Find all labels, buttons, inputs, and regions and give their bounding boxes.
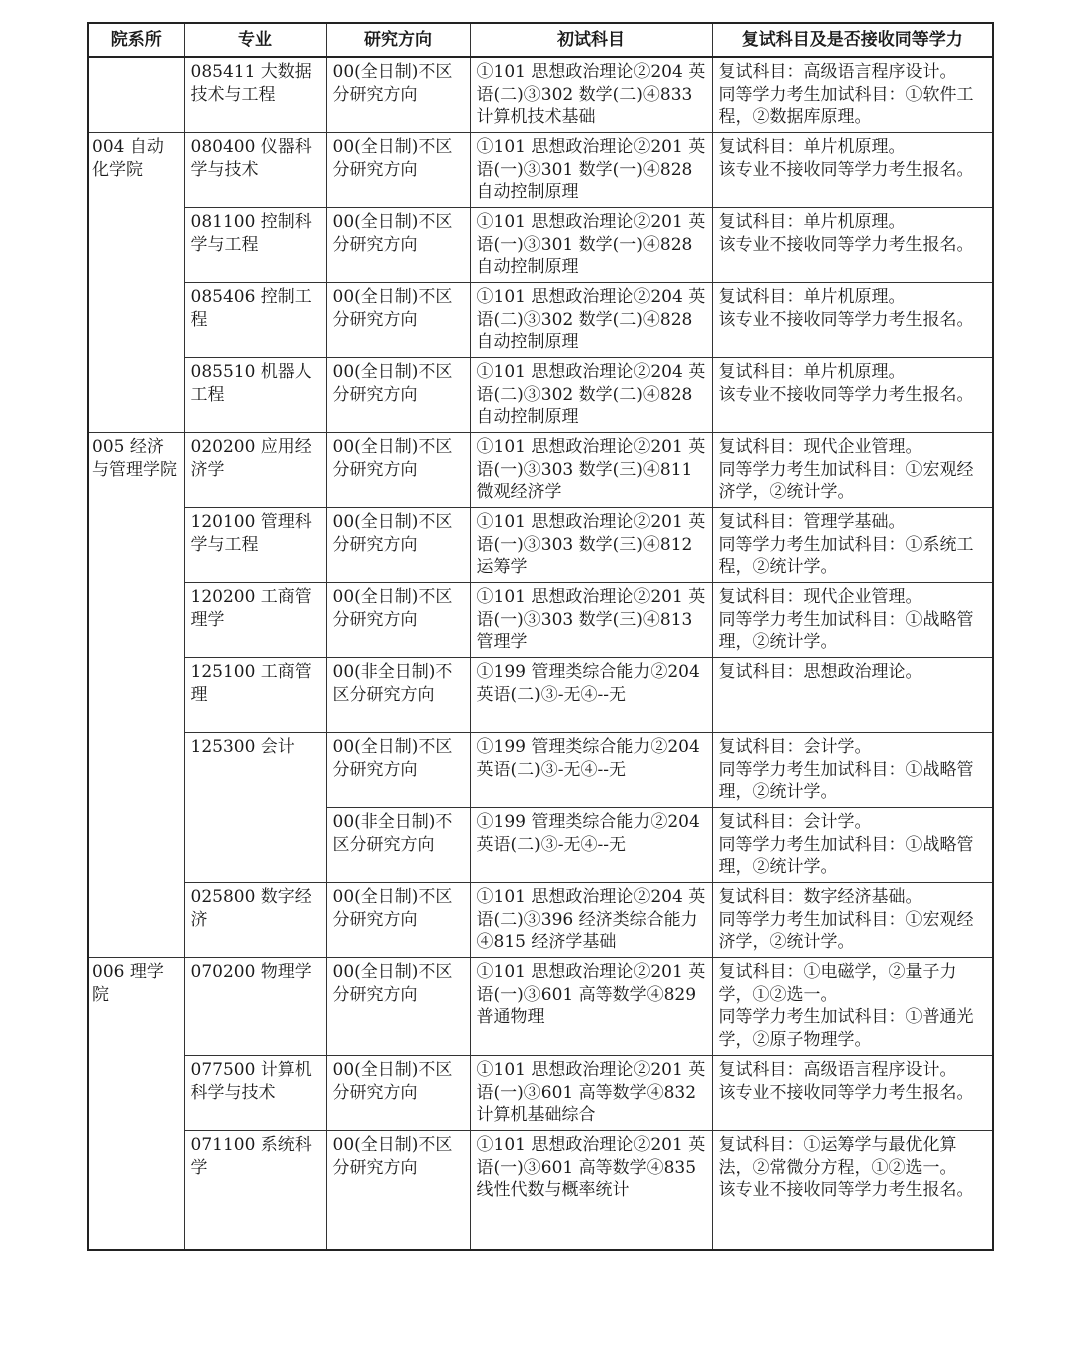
- department-cell: 004 自动化学院: [88, 133, 184, 433]
- retest-cell: 复试科目：会计学。 同等学力考生加试科目：①战略管理，②统计学。: [712, 733, 993, 808]
- retest-line: 同等学力考生加试科目：①系统工程，②统计学。: [719, 534, 989, 579]
- major-cell: 025800 数字经济: [184, 883, 326, 958]
- major-cell: 125300 会计: [184, 733, 326, 883]
- major-cell: 077500 计算机科学与技术: [184, 1056, 326, 1131]
- retest-line: 该专业不接收同等学力考生报名。: [719, 384, 989, 407]
- retest-cell: 复试科目：现代企业管理。 同等学力考生加试科目：①宏观经济学，②统计学。: [712, 433, 993, 508]
- direction-cell: 00(全日制)不区分研究方向: [326, 733, 470, 808]
- major-cell: 085406 控制工程: [184, 283, 326, 358]
- retest-line: 该专业不接收同等学力考生报名。: [719, 234, 989, 257]
- department-cell: 005 经济与管理学院: [88, 433, 184, 958]
- header-retest-equivalent: 复试科目及是否接收同等学力: [712, 23, 993, 57]
- header-research-direction: 研究方向: [326, 23, 470, 57]
- direction-cell: 00(全日制)不区分研究方向: [326, 1056, 470, 1131]
- direction-cell: 00(全日制)不区分研究方向: [326, 508, 470, 583]
- retest-line: 该专业不接收同等学力考生报名。: [719, 309, 989, 332]
- retest-line: 该专业不接收同等学力考生报名。: [719, 159, 989, 182]
- table-row: 085406 控制工程 00(全日制)不区分研究方向 ①101 思想政治理论②2…: [88, 283, 993, 358]
- direction-cell: 00(全日制)不区分研究方向: [326, 958, 470, 1056]
- table-row: 006 理学院 070200 物理学 00(全日制)不区分研究方向 ①101 思…: [88, 958, 993, 1056]
- table-row: 077500 计算机科学与技术 00(全日制)不区分研究方向 ①101 思想政治…: [88, 1056, 993, 1131]
- retest-line: 该专业不接收同等学力考生报名。: [719, 1179, 989, 1202]
- direction-cell: 00(全日制)不区分研究方向: [326, 433, 470, 508]
- retest-cell: 复试科目：数字经济基础。 同等学力考生加试科目：①宏观经济学，②统计学。: [712, 883, 993, 958]
- table-row: 125300 会计 00(全日制)不区分研究方向 ①199 管理类综合能力②20…: [88, 733, 993, 808]
- exam-cell: ①199 管理类综合能力②204 英语(二)③-无④--无: [470, 658, 712, 733]
- major-cell: 120200 工商管理学: [184, 583, 326, 658]
- header-major: 专业: [184, 23, 326, 57]
- major-cell: 071100 系统科学: [184, 1131, 326, 1251]
- retest-cell: 复试科目：①电磁学，②量子力学，①②选一。 同等学力考生加试科目：①普通光学，②…: [712, 958, 993, 1056]
- exam-cell: ①101 思想政治理论②201 英语(一)③601 高等数学④835 线性代数与…: [470, 1131, 712, 1251]
- retest-cell: 复试科目：高级语言程序设计。 同等学力考生加试科目：①软件工程，②数据库原理。: [712, 57, 993, 133]
- department-cell: [88, 57, 184, 133]
- table-row: 025800 数字经济 00(全日制)不区分研究方向 ①101 思想政治理论②2…: [88, 883, 993, 958]
- retest-line: 同等学力考生加试科目：①普通光学，②原子物理学。: [719, 1006, 989, 1051]
- retest-line: 同等学力考生加试科目：①战略管理，②统计学。: [719, 609, 989, 654]
- major-cell: 085510 机器人工程: [184, 358, 326, 433]
- retest-line: 同等学力考生加试科目：①宏观经济学，②统计学。: [719, 909, 989, 954]
- retest-cell: 复试科目：①运筹学与最优化算法，②常微分方程，①②选一。 该专业不接收同等学力考…: [712, 1131, 993, 1251]
- direction-cell: 00(全日制)不区分研究方向: [326, 883, 470, 958]
- retest-cell: 复试科目：单片机原理。 该专业不接收同等学力考生报名。: [712, 283, 993, 358]
- retest-cell: 复试科目：高级语言程序设计。 该专业不接收同等学力考生报名。: [712, 1056, 993, 1131]
- header-department: 院系所: [88, 23, 184, 57]
- major-cell: 020200 应用经济学: [184, 433, 326, 508]
- exam-cell: ①101 思想政治理论②204 英语(二)③302 数学(二)④833 计算机技…: [470, 57, 712, 133]
- exam-cell: ①101 思想政治理论②201 英语(一)③301 数学(一)④828 自动控制…: [470, 133, 712, 208]
- retest-cell: 复试科目：思想政治理论。: [712, 658, 993, 733]
- exam-cell: ①101 思想政治理论②204 英语(二)③396 经济类综合能力④815 经济…: [470, 883, 712, 958]
- exam-cell: ①101 思想政治理论②201 英语(一)③303 数学(三)④811 微观经济…: [470, 433, 712, 508]
- retest-line: 同等学力考生加试科目：①战略管理，②统计学。: [719, 834, 989, 879]
- table-row: 120100 管理科学与工程 00(全日制)不区分研究方向 ①101 思想政治理…: [88, 508, 993, 583]
- exam-cell: ①101 思想政治理论②201 英语(一)③301 数学(一)④828 自动控制…: [470, 208, 712, 283]
- major-cell: 085411 大数据技术与工程: [184, 57, 326, 133]
- retest-line: 该专业不接收同等学力考生报名。: [719, 1082, 989, 1105]
- retest-line: 复试科目：会计学。: [719, 736, 989, 759]
- exam-cell: ①101 思想政治理论②201 英语(一)③303 数学(三)④813 管理学: [470, 583, 712, 658]
- retest-cell: 复试科目：单片机原理。 该专业不接收同等学力考生报名。: [712, 358, 993, 433]
- direction-cell: 00(全日制)不区分研究方向: [326, 283, 470, 358]
- major-cell: 080400 仪器科学与技术: [184, 133, 326, 208]
- retest-line: 复试科目：单片机原理。: [719, 211, 989, 234]
- table-row: 004 自动化学院 080400 仪器科学与技术 00(全日制)不区分研究方向 …: [88, 133, 993, 208]
- retest-line: 复试科目：数字经济基础。: [719, 886, 989, 909]
- exam-cell: ①101 思想政治理论②204 英语(二)③302 数学(二)④828 自动控制…: [470, 283, 712, 358]
- retest-line: 复试科目：高级语言程序设计。: [719, 1059, 989, 1082]
- direction-cell: 00(非全日制)不区分研究方向: [326, 658, 470, 733]
- direction-cell: 00(全日制)不区分研究方向: [326, 358, 470, 433]
- exam-cell: ①101 思想政治理论②201 英语(一)③303 数学(三)④812 运筹学: [470, 508, 712, 583]
- table-row: 085510 机器人工程 00(全日制)不区分研究方向 ①101 思想政治理论②…: [88, 358, 993, 433]
- retest-cell: 复试科目：单片机原理。 该专业不接收同等学力考生报名。: [712, 133, 993, 208]
- header-initial-exam: 初试科目: [470, 23, 712, 57]
- direction-cell: 00(全日制)不区分研究方向: [326, 133, 470, 208]
- table-row: 081100 控制科学与工程 00(全日制)不区分研究方向 ①101 思想政治理…: [88, 208, 993, 283]
- major-cell: 120100 管理科学与工程: [184, 508, 326, 583]
- direction-cell: 00(全日制)不区分研究方向: [326, 583, 470, 658]
- retest-line: 复试科目：会计学。: [719, 811, 989, 834]
- direction-cell: 00(全日制)不区分研究方向: [326, 208, 470, 283]
- direction-cell: 00(全日制)不区分研究方向: [326, 57, 470, 133]
- retest-line: 复试科目：单片机原理。: [719, 361, 989, 384]
- exam-cell: ①199 管理类综合能力②204 英语(二)③-无④--无: [470, 808, 712, 883]
- table-row: 085411 大数据技术与工程 00(全日制)不区分研究方向 ①101 思想政治…: [88, 57, 993, 133]
- table-row: 005 经济与管理学院 020200 应用经济学 00(全日制)不区分研究方向 …: [88, 433, 993, 508]
- direction-cell: 00(非全日制)不区分研究方向: [326, 808, 470, 883]
- direction-cell: 00(全日制)不区分研究方向: [326, 1131, 470, 1251]
- retest-cell: 复试科目：管理学基础。 同等学力考生加试科目：①系统工程，②统计学。: [712, 508, 993, 583]
- exam-cell: ①199 管理类综合能力②204 英语(二)③-无④--无: [470, 733, 712, 808]
- retest-line: 复试科目：现代企业管理。: [719, 436, 989, 459]
- table-row: 120200 工商管理学 00(全日制)不区分研究方向 ①101 思想政治理论②…: [88, 583, 993, 658]
- retest-line: 复试科目：高级语言程序设计。: [719, 61, 989, 84]
- retest-line: 复试科目：①运筹学与最优化算法，②常微分方程，①②选一。: [719, 1134, 989, 1179]
- major-cell: 081100 控制科学与工程: [184, 208, 326, 283]
- header-row: 院系所 专业 研究方向 初试科目 复试科目及是否接收同等学力: [88, 23, 993, 57]
- retest-line: 同等学力考生加试科目：①战略管理，②统计学。: [719, 759, 989, 804]
- retest-line: 同等学力考生加试科目：①软件工程，②数据库原理。: [719, 84, 989, 129]
- exam-cell: ①101 思想政治理论②204 英语(二)③302 数学(二)④828 自动控制…: [470, 358, 712, 433]
- retest-cell: 复试科目：会计学。 同等学力考生加试科目：①战略管理，②统计学。: [712, 808, 993, 883]
- retest-line: 复试科目：管理学基础。: [719, 511, 989, 534]
- admissions-table: 院系所 专业 研究方向 初试科目 复试科目及是否接收同等学力 085411 大数…: [87, 22, 994, 1251]
- table-row: 125100 工商管理 00(非全日制)不区分研究方向 ①199 管理类综合能力…: [88, 658, 993, 733]
- table-row: 071100 系统科学 00(全日制)不区分研究方向 ①101 思想政治理论②2…: [88, 1131, 993, 1251]
- retest-line: 复试科目：①电磁学，②量子力学，①②选一。: [719, 961, 989, 1006]
- retest-line: 复试科目：单片机原理。: [719, 286, 989, 309]
- exam-cell: ①101 思想政治理论②201 英语(一)③601 高等数学④832 计算机基础…: [470, 1056, 712, 1131]
- exam-cell: ①101 思想政治理论②201 英语(一)③601 高等数学④829 普通物理: [470, 958, 712, 1056]
- retest-line: 同等学力考生加试科目：①宏观经济学，②统计学。: [719, 459, 989, 504]
- major-cell: 070200 物理学: [184, 958, 326, 1056]
- major-cell: 125100 工商管理: [184, 658, 326, 733]
- retest-line: 复试科目：现代企业管理。: [719, 586, 989, 609]
- retest-cell: 复试科目：现代企业管理。 同等学力考生加试科目：①战略管理，②统计学。: [712, 583, 993, 658]
- retest-line: 复试科目：思想政治理论。: [719, 661, 989, 684]
- retest-line: 复试科目：单片机原理。: [719, 136, 989, 159]
- retest-cell: 复试科目：单片机原理。 该专业不接收同等学力考生报名。: [712, 208, 993, 283]
- department-cell: 006 理学院: [88, 958, 184, 1251]
